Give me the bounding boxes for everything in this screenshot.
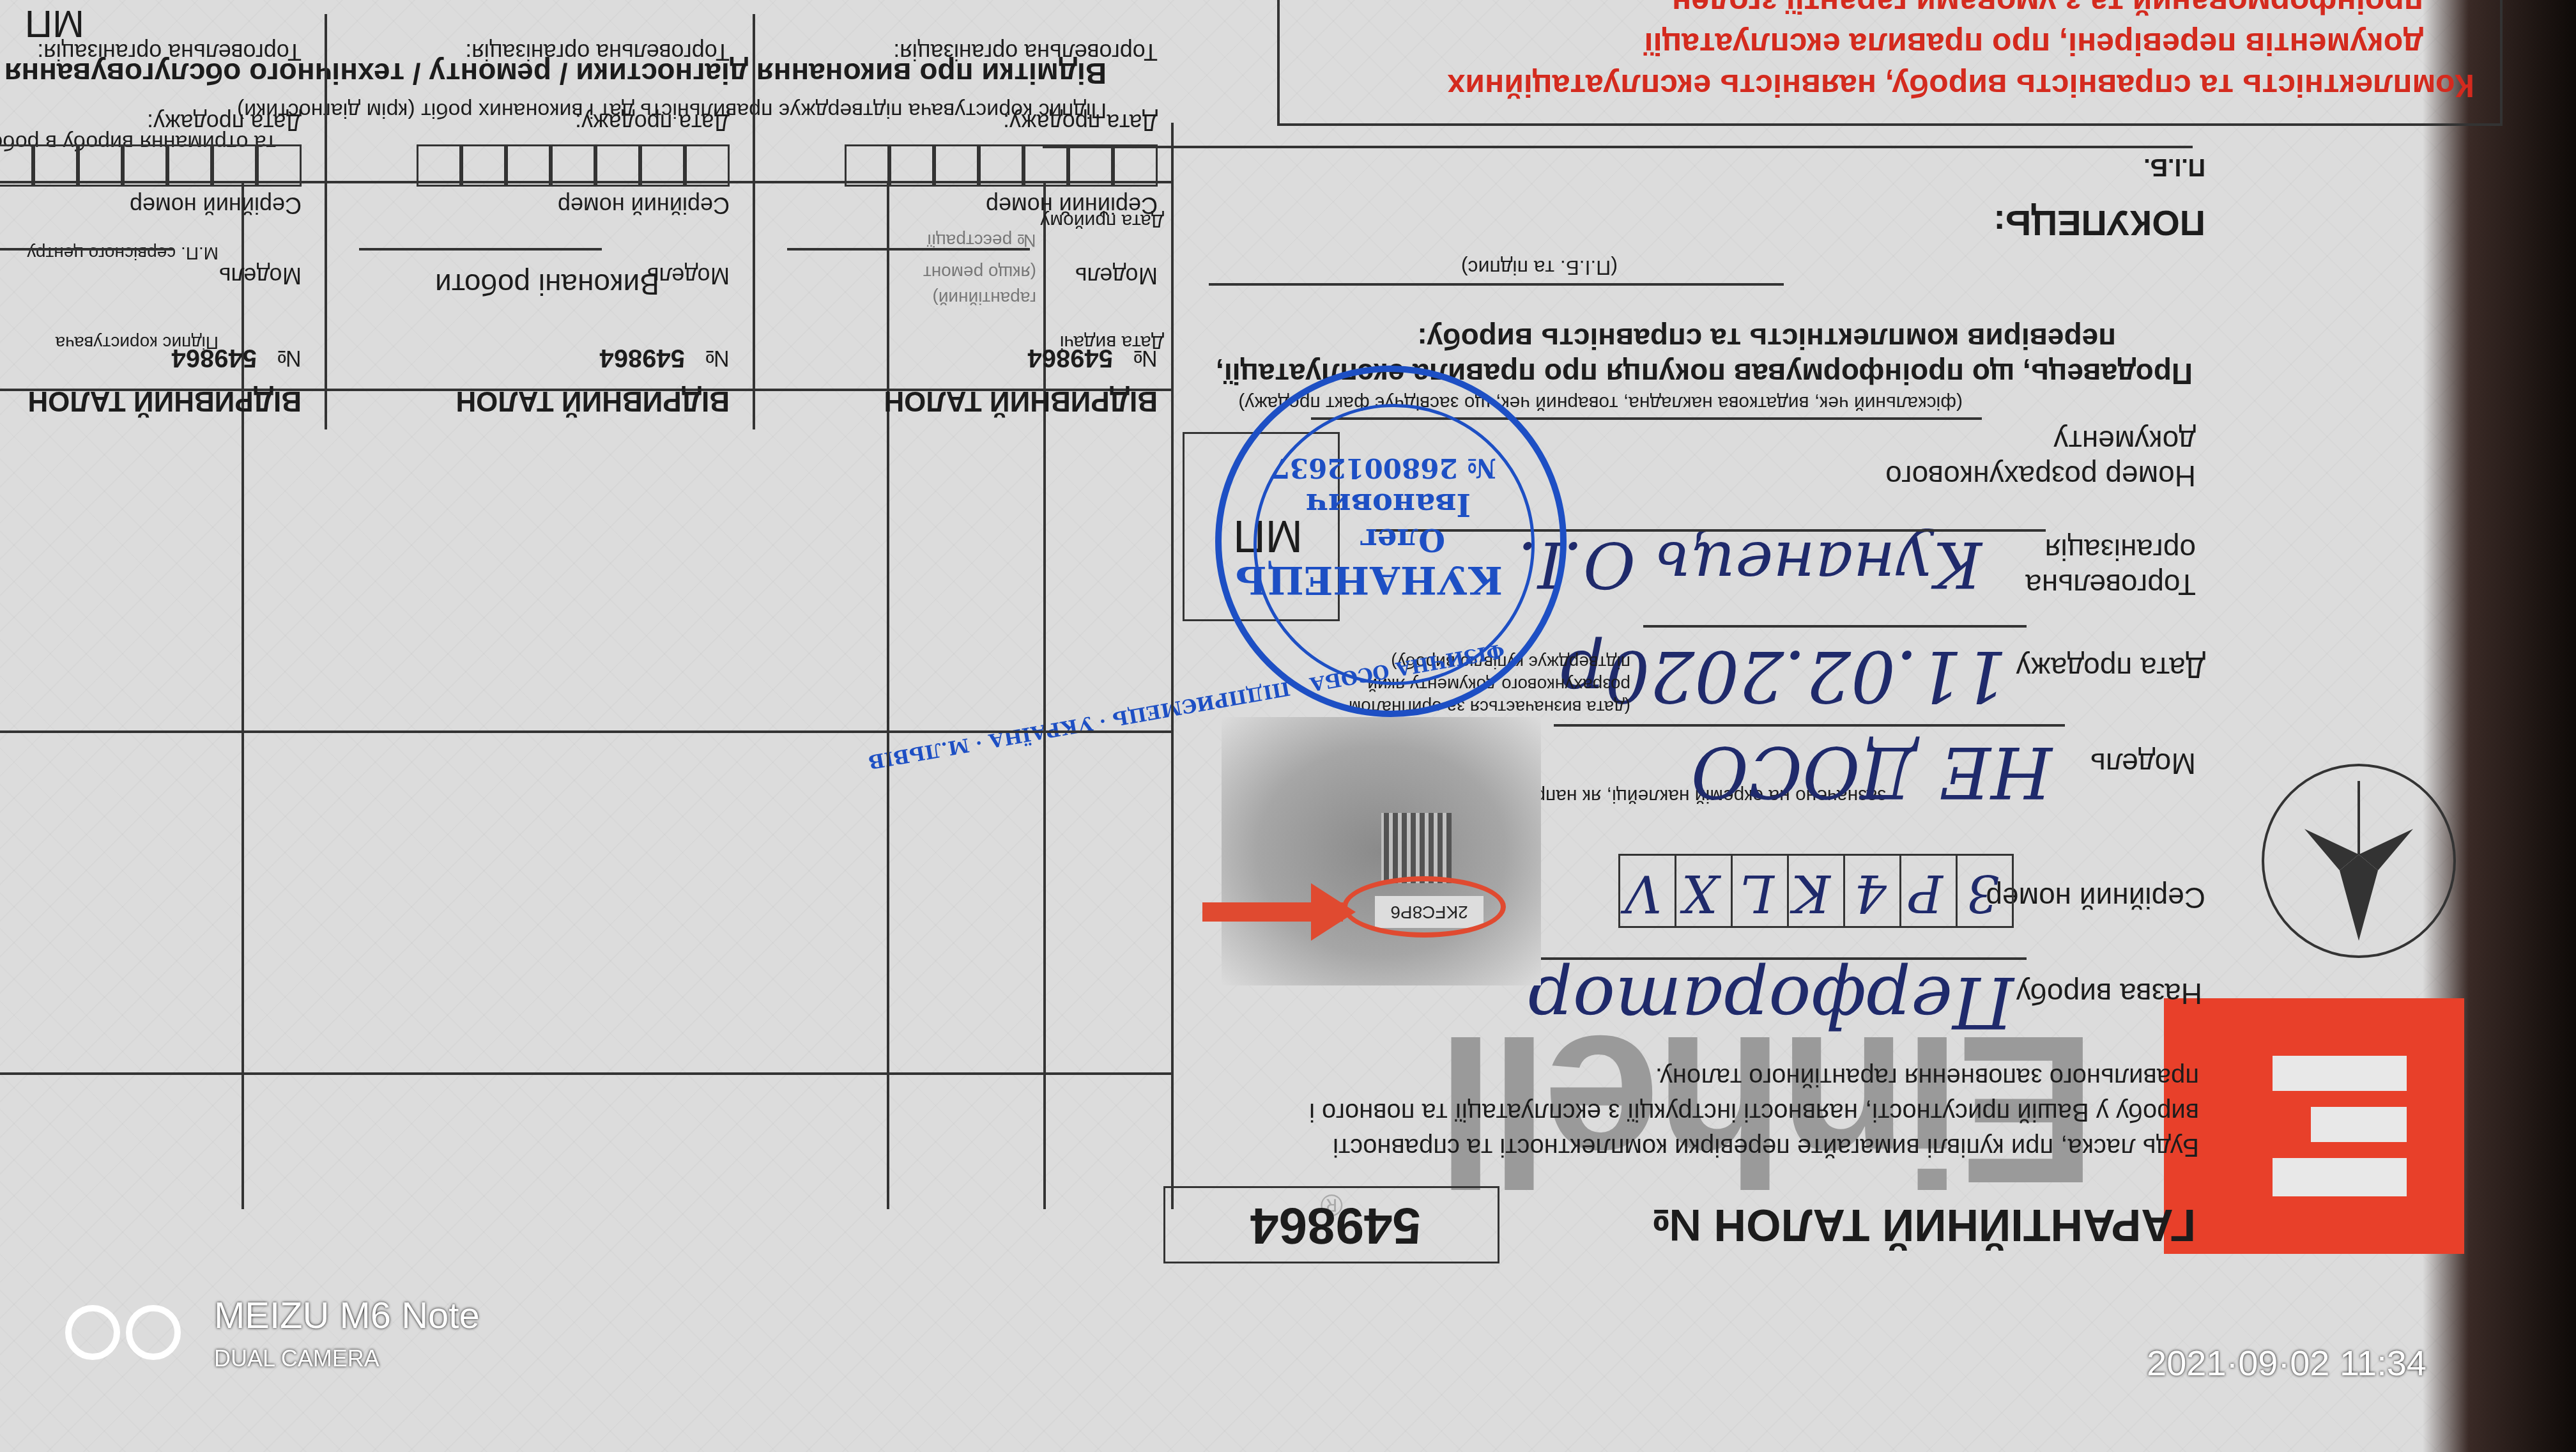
serial-cell[interactable]: 4 — [1843, 854, 1901, 928]
coupon-number: 549864 — [600, 343, 685, 372]
coupon-date-label: Дата продажу: — [147, 109, 302, 135]
coupon-date-label: Дата продажу: — [1003, 109, 1158, 135]
buyer-confirmation-box: Комплектність та справність виробу, наяв… — [1277, 0, 2503, 126]
warranty-number-box: 549864 — [1163, 1186, 1499, 1263]
coupon-serial-cell[interactable] — [506, 144, 551, 187]
buyer-name-line — [1043, 146, 2193, 148]
coupon-serial-cell[interactable] — [979, 144, 1023, 187]
serial-char: K — [1792, 863, 1830, 923]
serial-char: X — [1682, 863, 1718, 923]
seller-stamp: ФІЗИЧНА ОСОБА · ПІДПРИЄМЕЦЬ · УКРАЇНА · … — [1215, 366, 1567, 717]
camera-sub: DUAL CAMERA — [214, 1345, 379, 1372]
serial-char: V — [1625, 863, 1662, 923]
serial-number-label: Серійний номер — [1986, 881, 2205, 915]
coupon-serial-cell[interactable] — [33, 144, 78, 187]
coupon-serial-cell[interactable] — [640, 144, 685, 187]
coupon-serial-cell[interactable] — [417, 144, 461, 187]
col-stamp: М.П. сервісного центру — [27, 243, 218, 263]
red-arrow-shaft — [1202, 902, 1343, 922]
product-name-value[interactable]: Перфоратор — [1528, 961, 2014, 1043]
coupon-org-label: Торговельна організація: — [893, 38, 1158, 65]
photo-timestamp: 2021·09·02 11:34 — [2147, 1342, 2426, 1384]
coupon-model-line — [0, 248, 174, 251]
camera-logo-icon — [64, 1304, 185, 1364]
coupon-serial-cell[interactable] — [212, 144, 257, 187]
coupon-serial-label: Серійний номер — [130, 192, 302, 219]
serial-char: L — [1740, 863, 1774, 923]
coupon-serial-cell[interactable] — [167, 144, 212, 187]
buyer-label: ПОКУПЕЦЬ: — [1993, 203, 2205, 244]
coupon-title: ВІДРИВНИЙ ТАЛОН — [884, 385, 1158, 417]
trade-org-label-2: організація — [2045, 532, 2196, 567]
warranty-sheet-rotated: Einhell ® ГАРАНТІЙНИЙ ТАЛОН № 549864 Буд… — [0, 0, 2576, 1452]
instruction-line-2: виробу у Вашій присутності, наявності ін… — [1309, 1097, 2199, 1126]
coupon-serial-label: Серійний номер — [558, 192, 730, 219]
stamp-patronymic: Іванович — [1306, 486, 1471, 522]
buyer-name-label: П.І.Б. — [2143, 153, 2205, 180]
serial-char: P — [1908, 863, 1943, 923]
coupon-serial-cell[interactable] — [551, 144, 595, 187]
product-name-underline — [1541, 957, 2027, 960]
coupon-number-label: № — [705, 345, 730, 372]
instruction-line-1: Будь ласка, при купівлі вимагайте переві… — [1333, 1132, 2199, 1161]
serial-cell[interactable]: P — [1899, 854, 1958, 928]
coupon-number-label: № — [1133, 345, 1158, 372]
model-underline — [1554, 724, 2065, 727]
coupon-date-label: Дата продажу: — [575, 109, 730, 135]
coupon-serial-cell[interactable] — [78, 144, 123, 187]
trade-org-label-1: Торговельна — [2025, 568, 2196, 602]
coupon-serial-cell[interactable] — [1068, 144, 1113, 187]
serial-cell[interactable]: V — [1618, 854, 1676, 928]
seller-sign-line — [1209, 283, 1784, 286]
datamatrix-icon — [1381, 813, 1452, 883]
coupon-model-line — [787, 248, 1030, 251]
warranty-title: ГАРАНТІЙНИЙ ТАЛОН № — [1652, 1200, 2196, 1251]
table-row-line-2 — [0, 730, 1174, 733]
col-registration-3: гарантійний) — [932, 288, 1036, 308]
coupon-title: ВІДРИВНИЙ ТАЛОН — [27, 385, 302, 417]
highlight-oval — [1342, 876, 1506, 938]
product-name-label: Назва виробу — [2016, 977, 2202, 1011]
coupon-serial-cell[interactable] — [257, 144, 302, 187]
einhell-e-logo-icon — [2164, 998, 2464, 1254]
coupon-number-label: № — [277, 345, 302, 372]
stamp-id-number: № 2680012637 — [1271, 452, 1496, 484]
serial-char: 3 — [1966, 863, 1999, 923]
stamp-name: Олег — [1358, 521, 1445, 557]
sale-date-underline — [1643, 625, 2027, 628]
camera-model: MEIZU M6 Note — [214, 1294, 480, 1337]
coupon-serial-cell[interactable] — [685, 144, 730, 187]
serial-char: 4 — [1854, 863, 1887, 923]
doc-number-label-2: документу — [2053, 424, 2196, 458]
seller-sign-hint: (П.І.Б. та підпис) — [1461, 256, 1618, 279]
model-value[interactable]: НЕ ДОСО — [1691, 731, 2052, 813]
coupon-model-label: Модель — [647, 262, 730, 289]
coupon-serial-cell[interactable] — [934, 144, 979, 187]
coupon-serial-cell[interactable] — [1113, 144, 1158, 187]
coupon-model-label: Модель — [219, 262, 302, 289]
table-col-line-3 — [241, 183, 244, 1209]
coupon-serial-cell[interactable] — [595, 144, 640, 187]
doc-number-label-1: Номер розрахункового — [1885, 459, 2196, 493]
sticker-example-photo: 2KFC8P6 — [1222, 717, 1541, 985]
coupon-perforation[interactable] — [325, 14, 327, 429]
seller-statement-2: перевірив комплектність та справність ви… — [1417, 321, 2116, 356]
serial-cell[interactable]: L — [1731, 854, 1789, 928]
warranty-number: 549864 — [1250, 1196, 1421, 1255]
coupon-serial-cell[interactable] — [1023, 144, 1068, 187]
model-label: Модель — [2090, 746, 2196, 781]
table-row-line-3 — [0, 1072, 1174, 1075]
coupon-perforation[interactable] — [753, 14, 755, 429]
coupon-serial-cell[interactable] — [461, 144, 506, 187]
red-notice-2: документів перевірені, про правила експл… — [1644, 26, 2423, 63]
instruction-line-3: правильного заповнення гарантійного тало… — [1655, 1062, 2199, 1091]
stamp-surname: КУНАНЕЦЬ — [1235, 557, 1503, 602]
table-col-line-2 — [887, 183, 889, 1209]
coupon-org-label: Торговельна організація: — [465, 38, 730, 65]
coupon-number: 549864 — [1028, 343, 1113, 372]
sale-date-label: Дата продажу — [2016, 651, 2205, 685]
coupon-serial-cell[interactable] — [889, 144, 934, 187]
col-work: Виконані роботи — [435, 267, 659, 302]
serial-cell[interactable]: K — [1787, 854, 1845, 928]
col-registration-2: (якщо ремонт — [923, 262, 1036, 282]
coupon-serial-label: Серійний номер — [986, 192, 1158, 219]
table-border-left — [1171, 123, 1174, 1209]
coupon-serial-cell[interactable] — [0, 144, 33, 187]
coupon-title: ВІДРИВНИЙ ТАЛОН — [456, 385, 730, 417]
serial-cell[interactable]: 3 — [1956, 854, 2014, 928]
coupon-serial-cell[interactable] — [845, 144, 889, 187]
table-col-line-1 — [1043, 183, 1046, 1209]
compass-arrow-icon — [2253, 755, 2464, 966]
coupon-model-label: Модель — [1075, 262, 1158, 289]
red-notice-3: проінформований та з умовами гарантії зг… — [1672, 0, 2423, 21]
coupon-model-line — [359, 248, 602, 251]
trade-org-value[interactable]: Кунанець О.І. — [1517, 527, 1982, 602]
coupon-number: 549864 — [172, 343, 257, 372]
serial-cell[interactable]: X — [1675, 854, 1733, 928]
coupon-mp: МП — [25, 2, 84, 46]
red-notice-1: Комплектність та справність виробу, наяв… — [1447, 67, 2474, 104]
coupon-serial-cell[interactable] — [123, 144, 167, 187]
